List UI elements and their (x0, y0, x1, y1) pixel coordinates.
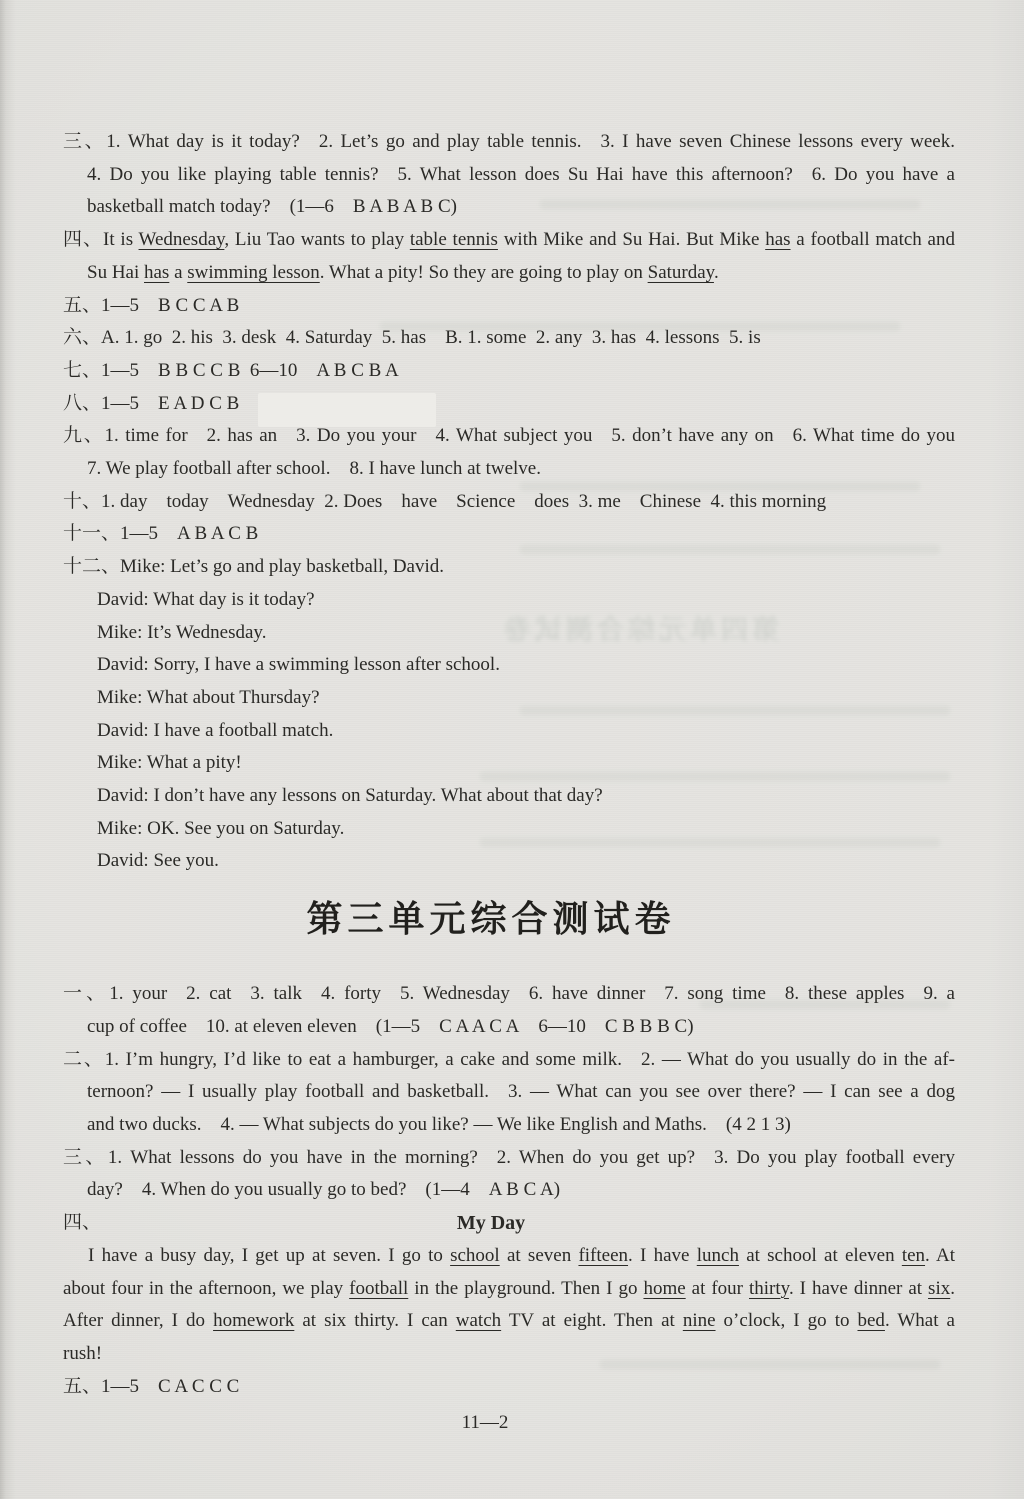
answers-section-8-line: 八、1—5 E A D C B (63, 388, 955, 421)
unit-test-title: 第三单元综合测试卷 (45, 896, 937, 942)
line-text: basketball match today? (1—6 B A B A B C… (87, 196, 457, 217)
dialogue-line: David: I don’t have any lessons on Satur… (97, 780, 955, 813)
dialogue-line: Mike: It’s Wednesday. (97, 617, 955, 650)
line-text: 1. your 2. cat 3. talk 4. forty 5. Wedne… (109, 983, 955, 1004)
section-label: 七、 (63, 360, 101, 381)
line-text: It is Wednesday, Liu Tao wants to play t… (103, 229, 955, 250)
essay-line: After dinner, I do homework at six thirt… (63, 1305, 955, 1338)
section-label: 三、 (63, 131, 106, 152)
test-section-2-line: ternoon? — I usually play football and b… (87, 1076, 955, 1109)
essay-line: rush! (63, 1338, 955, 1371)
line-text: cup of coffee 10. at eleven eleven (1—5 … (87, 1016, 694, 1037)
answers-section-7-line: 七、1—5 B B C C B 6—10 A B C B A (63, 355, 955, 388)
answers-section-4-line: Su Hai has a swimming lesson. What a pit… (87, 257, 955, 290)
dialogue-line: Mike: What about Thursday? (97, 682, 955, 715)
line-text: 1. What day is it today? 2. Let’s go and… (106, 131, 955, 152)
page-number: 11—2 (39, 1412, 931, 1434)
answers-section-11-line: 十一、1—5 A B A C B (63, 518, 955, 551)
line-text: Mike: What about Thursday? (97, 687, 320, 708)
line-text: 1—5 E A D C B (101, 393, 239, 414)
line-text: about four in the afternoon, we play foo… (63, 1278, 955, 1299)
line-text: 4. Do you like playing table tennis? 5. … (87, 164, 955, 185)
section-label: 八、 (63, 393, 101, 414)
line-text: ternoon? — I usually play football and b… (87, 1081, 955, 1102)
test-section-3-line: 三、1. What lessons do you have in the mor… (63, 1142, 955, 1175)
answers-section-4-line: 四、It is Wednesday, Liu Tao wants to play… (63, 224, 955, 257)
answers-section-9-line: 九、1. time for 2. has an 3. Do you your 4… (63, 420, 955, 453)
line-text: After dinner, I do homework at six thirt… (63, 1310, 955, 1331)
answers-section-10-line: 十、1. day today Wednesday 2. Does have Sc… (63, 486, 955, 519)
line-text: 1. I’m hungry, I’d like to eat a hamburg… (105, 1049, 955, 1070)
dialogue-line: David: I have a football match. (97, 715, 955, 748)
answers-section-5-line: 五、1—5 B C C A B (63, 290, 955, 323)
essay-line: about four in the afternoon, we play foo… (63, 1273, 955, 1306)
line-text: Mike: OK. See you on Saturday. (97, 818, 344, 839)
test-section-5-line: 五、1—5 C A C C C (63, 1371, 955, 1404)
dialogue-line: David: What day is it today? (97, 584, 955, 617)
line-text: I have a busy day, I get up at seven. I … (88, 1245, 955, 1266)
answers-section-6-line: 六、A. 1. go 2. his 3. desk 4. Saturday 5.… (63, 322, 955, 355)
line-text: David: Sorry, I have a swimming lesson a… (97, 654, 500, 675)
test-section-2-line: and two ducks. 4. — What subjects do you… (87, 1109, 955, 1142)
dialogue-line: 十二、Mike: Let’s go and play basketball, D… (63, 551, 955, 584)
line-text: 1. What lessons do you have in the morni… (108, 1147, 955, 1168)
dialogue-line: David: Sorry, I have a swimming lesson a… (97, 649, 955, 682)
section-label: 三、 (63, 1147, 108, 1168)
answers-section-9-line: 7. We play football after school. 8. I h… (87, 453, 955, 486)
section-label: 十、 (63, 491, 101, 512)
section-label: 五、 (63, 1376, 101, 1397)
line-text: David: I don’t have any lessons on Satur… (97, 785, 603, 806)
line-text: 1—5 A B A C B (120, 523, 258, 544)
line-text: A. 1. go 2. his 3. desk 4. Saturday 5. h… (101, 327, 761, 348)
answer-key-page: 第四单元综合测试卷 三、1. What day is it today? 2. … (0, 0, 1024, 1499)
line-text: David: What day is it today? (97, 589, 315, 610)
line-text: Mike: What a pity! (97, 752, 242, 773)
section-label: 十二、 (63, 556, 120, 577)
essay-title: My Day (45, 1207, 937, 1240)
line-text: David: See you. (97, 850, 219, 871)
line-text: 1—5 B B C C B 6—10 A B C B A (101, 360, 399, 381)
line-text: David: I have a football match. (97, 720, 333, 741)
line-text: Mike: Let’s go and play basketball, Davi… (120, 556, 444, 577)
line-text: 1. day today Wednesday 2. Does have Scie… (101, 491, 826, 512)
line-text: day? 4. When do you usually go to bed? (… (87, 1179, 560, 1200)
test-section-1-line: 一、1. your 2. cat 3. talk 4. forty 5. Wed… (63, 978, 955, 1011)
dialogue-line: Mike: What a pity! (97, 747, 955, 780)
essay-line: I have a busy day, I get up at seven. I … (63, 1240, 955, 1273)
section-label: 六、 (63, 327, 101, 348)
test-section-4-heading: 四、My Day (63, 1207, 955, 1240)
line-text: 1—5 C A C C C (101, 1376, 239, 1397)
dialogue-line: Mike: OK. See you on Saturday. (97, 813, 955, 846)
line-text: 1—5 B C C A B (101, 295, 239, 316)
section-label: 十一、 (63, 523, 120, 544)
section-label: 九、 (63, 425, 105, 446)
section-label: 五、 (63, 295, 101, 316)
section-label: 二、 (63, 1049, 105, 1070)
answers-section-3-line: 4. Do you like playing table tennis? 5. … (87, 159, 955, 192)
line-text: rush! (63, 1343, 102, 1364)
line-text: and two ducks. 4. — What subjects do you… (87, 1114, 791, 1135)
answers-section-3-line: 三、1. What day is it today? 2. Let’s go a… (63, 126, 955, 159)
line-text: 1. time for 2. has an 3. Do you your 4. … (105, 425, 955, 446)
line-text: Su Hai has a swimming lesson. What a pit… (87, 262, 719, 283)
section-label: 四、 (63, 229, 103, 250)
answers-section-3-line: basketball match today? (1—6 B A B A B C… (87, 191, 955, 224)
dialogue-line: David: See you. (97, 845, 955, 878)
section-label: 一、 (63, 983, 109, 1004)
test-section-1-line: cup of coffee 10. at eleven eleven (1—5 … (87, 1011, 955, 1044)
line-text: Mike: It’s Wednesday. (97, 622, 266, 643)
page-content: 三、1. What day is it today? 2. Let’s go a… (63, 126, 955, 1403)
line-text: 7. We play football after school. 8. I h… (87, 458, 541, 479)
test-section-2-line: 二、1. I’m hungry, I’d like to eat a hambu… (63, 1044, 955, 1077)
test-section-3-line: day? 4. When do you usually go to bed? (… (87, 1174, 955, 1207)
